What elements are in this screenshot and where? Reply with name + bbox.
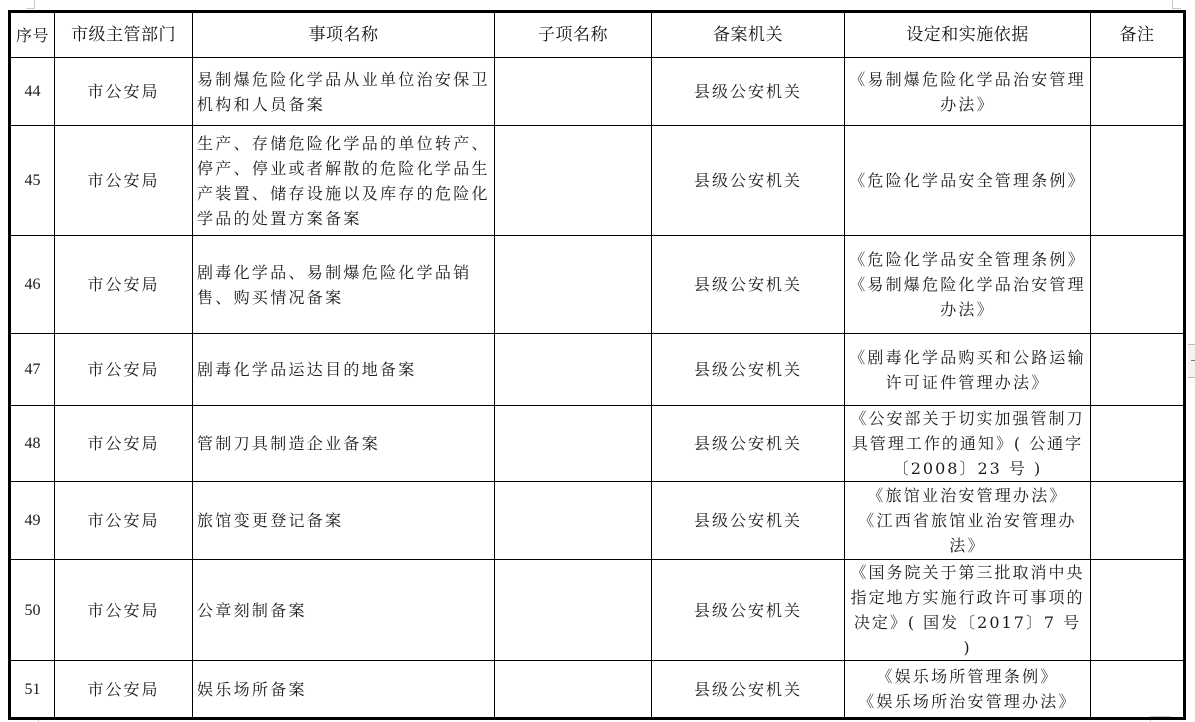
row-no: 50 [10,560,55,661]
row-agency: 县级公安机关 [652,126,845,236]
row-basis: 《易制爆危险化学品治安管理办法》 [845,58,1091,126]
row-dept: 市公安局 [55,560,193,661]
row-agency: 县级公安机关 [652,661,845,719]
table-row: 48 市公安局 管制刀具制造企业备案 县级公安机关 《公安部关于切实加强管制刀具… [10,406,1185,482]
row-subitem [495,58,652,126]
row-subitem [495,560,652,661]
row-note [1091,126,1185,236]
row-item: 旅馆变更登记备案 [193,482,495,560]
page-corner-mark [1172,0,1181,9]
collapse-handle[interactable] [1188,344,1195,378]
row-basis: 《剧毒化学品购买和公路运输许可证件管理办法》 [845,334,1091,406]
row-dept: 市公安局 [55,236,193,334]
header-item: 事项名称 [193,12,495,58]
row-basis: 《娱乐场所管理条例》 《娱乐场所治安管理办法》 [845,661,1091,719]
row-agency: 县级公安机关 [652,236,845,334]
row-basis: 《国务院关于第三批取消中央指定地方实施行政许可事项的决定》( 国发〔2017〕7… [845,560,1091,661]
row-dept: 市公安局 [55,661,193,719]
row-note [1091,482,1185,560]
row-dept: 市公安局 [55,482,193,560]
row-note [1091,661,1185,719]
table-row: 44 市公安局 易制爆危险化学品从业单位治安保卫机构和人员备案 县级公安机关 《… [10,58,1185,126]
basis-line: 《公安部关于切实加强管制刀具管理工作的通知》( 公通字〔2008〕23 号 ) [849,406,1086,481]
header-subitem: 子项名称 [495,12,652,58]
row-no: 44 [10,58,55,126]
basis-line: 《危险化学品安全管理条例》 [849,247,1086,272]
header-note: 备注 [1091,12,1185,58]
row-subitem [495,236,652,334]
basis-line: 《易制爆危险化学品治安管理办法》 [849,272,1086,322]
row-agency: 县级公安机关 [652,560,845,661]
row-dept: 市公安局 [55,334,193,406]
page-corner-mark [26,0,35,9]
row-item: 剧毒化学品、易制爆危险化学品销售、购买情况备案 [193,236,495,334]
basis-line: 《娱乐场所治安管理办法》 [849,689,1086,714]
row-item: 剧毒化学品运达目的地备案 [193,334,495,406]
basis-line: 《国务院关于第三批取消中央指定地方实施行政许可事项的决定》( 国发〔2017〕7… [849,560,1086,660]
table-row: 47 市公安局 剧毒化学品运达目的地备案 县级公安机关 《剧毒化学品购买和公路运… [10,334,1185,406]
row-basis: 《危险化学品安全管理条例》 《易制爆危险化学品治安管理办法》 [845,236,1091,334]
basis-line: 《易制爆危险化学品治安管理办法》 [849,67,1086,117]
row-item: 管制刀具制造企业备案 [193,406,495,482]
row-note [1091,58,1185,126]
row-note [1091,406,1185,482]
header-no: 序号 [10,12,55,58]
table-row: 51 市公安局 娱乐场所备案 县级公安机关 《娱乐场所管理条例》 《娱乐场所治安… [10,661,1185,719]
table-row: 50 市公安局 公章刻制备案 县级公安机关 《国务院关于第三批取消中央指定地方实… [10,560,1185,661]
basis-line: 《娱乐场所管理条例》 [849,664,1086,689]
row-no: 46 [10,236,55,334]
header-agency: 备案机关 [652,12,845,58]
row-subitem [495,661,652,719]
row-agency: 县级公安机关 [652,482,845,560]
row-note [1091,560,1185,661]
row-basis: 《旅馆业治安管理办法》 《江西省旅馆业治安管理办法》 [845,482,1091,560]
row-subitem [495,406,652,482]
basis-line: 《危险化学品安全管理条例》 [849,168,1086,193]
basis-line: 《旅馆业治安管理办法》 [849,483,1086,508]
table-row: 49 市公安局 旅馆变更登记备案 县级公安机关 《旅馆业治安管理办法》 《江西省… [10,482,1185,560]
row-subitem [495,482,652,560]
table-row: 46 市公安局 剧毒化学品、易制爆危险化学品销售、购买情况备案 县级公安机关 《… [10,236,1185,334]
filing-items-table: 序号 市级主管部门 事项名称 子项名称 备案机关 设定和实施依据 备注 44 市… [8,10,1186,720]
row-agency: 县级公安机关 [652,334,845,406]
basis-line: 《剧毒化学品购买和公路运输许可证件管理办法》 [849,345,1086,395]
table-row: 45 市公安局 生产、存储危险化学品的单位转产、停产、停业或者解散的危险化学品生… [10,126,1185,236]
row-basis: 《公安部关于切实加强管制刀具管理工作的通知》( 公通字〔2008〕23 号 ) [845,406,1091,482]
row-no: 51 [10,661,55,719]
row-subitem [495,126,652,236]
row-item: 生产、存储危险化学品的单位转产、停产、停业或者解散的危险化学品生产装置、储存设施… [193,126,495,236]
row-item: 公章刻制备案 [193,560,495,661]
row-no: 49 [10,482,55,560]
row-note [1091,334,1185,406]
row-dept: 市公安局 [55,126,193,236]
header-dept: 市级主管部门 [55,12,193,58]
row-no: 48 [10,406,55,482]
row-dept: 市公安局 [55,406,193,482]
row-agency: 县级公安机关 [652,58,845,126]
row-dept: 市公安局 [55,58,193,126]
row-no: 47 [10,334,55,406]
table-header-row: 序号 市级主管部门 事项名称 子项名称 备案机关 设定和实施依据 备注 [10,12,1185,58]
row-note [1091,236,1185,334]
row-agency: 县级公安机关 [652,406,845,482]
row-item: 娱乐场所备案 [193,661,495,719]
row-item: 易制爆危险化学品从业单位治安保卫机构和人员备案 [193,58,495,126]
basis-line: 《江西省旅馆业治安管理办法》 [849,508,1086,558]
row-basis: 《危险化学品安全管理条例》 [845,126,1091,236]
row-no: 45 [10,126,55,236]
header-basis: 设定和实施依据 [845,12,1091,58]
row-subitem [495,334,652,406]
